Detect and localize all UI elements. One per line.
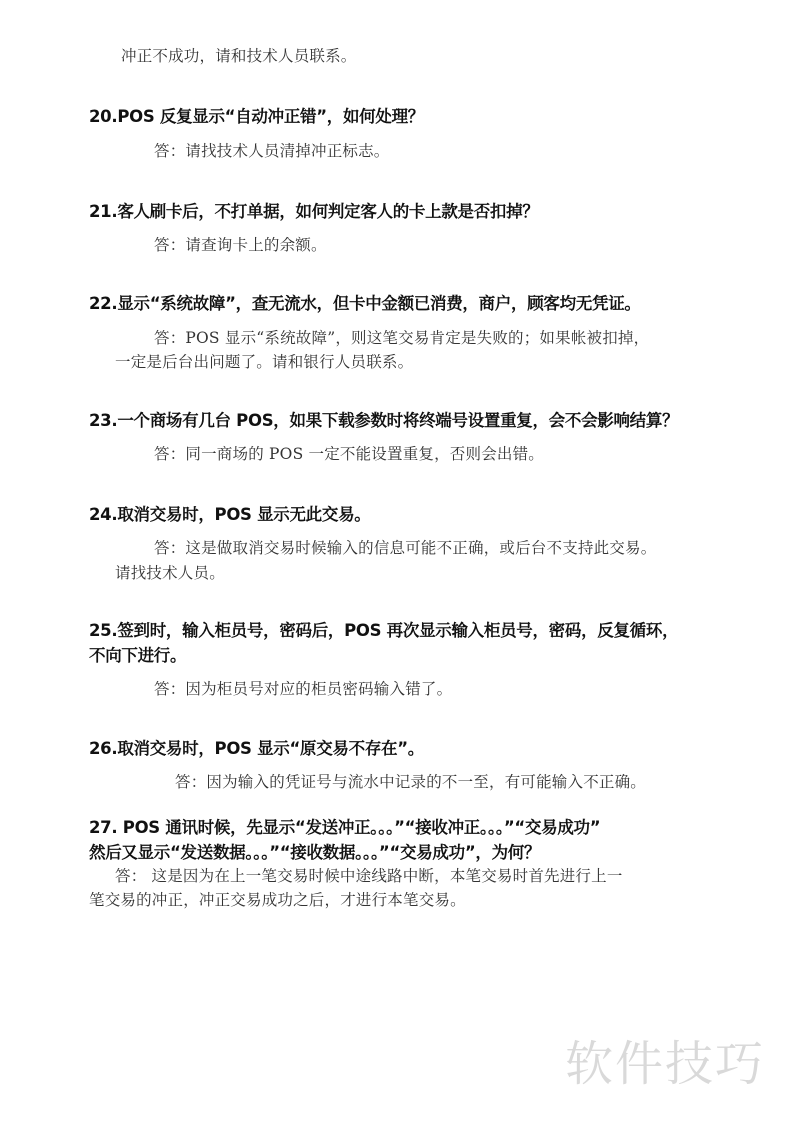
answer-24-line-2: 请找技术人员。 xyxy=(115,566,225,582)
question-22: 22.显示“系统故障”，查无流水，但卡中金额已消费，商户，顾客均无凭证。 xyxy=(89,296,641,313)
question-23: 23.一个商场有几台 POS，如果下载参数时将终端号设置重复，会不会影响结算？ xyxy=(89,413,678,430)
question-27-line-2: 然后又显示“发送数据。。。”“接收数据。。。”“交易成功”，为何？ xyxy=(89,845,540,862)
continuation-text: 冲正不成功，请和技术人员联系。 xyxy=(121,49,357,65)
question-27-line-1: 27. POS 通讯时候，先显示“发送冲正。。。”“接收冲正。。。”“交易成功” xyxy=(89,820,600,837)
answer-27-line-2: 笔交易的冲正，冲正交易成功之后，才进行本笔交易。 xyxy=(89,893,466,909)
answer-27-line-1: 答： 这是因为在上一笔交易时候中途线路中断，本笔交易时首先进行上一 xyxy=(115,869,623,885)
document-page: 冲正不成功，请和技术人员联系。 20.POS 反复显示“自动冲正错”，如何处理？… xyxy=(0,0,800,1132)
question-24: 24.取消交易时，POS 显示无此交易。 xyxy=(89,507,370,524)
question-25-line-2: 不向下进行。 xyxy=(89,648,186,665)
watermark-text: 软件技巧 xyxy=(565,1040,765,1088)
question-21: 21.客人刷卡后，不打单据，如何判定客人的卡上款是否扣掉？ xyxy=(89,204,539,221)
answer-22-line-2: 一定是后台出问题了。请和银行人员联系。 xyxy=(115,355,413,371)
answer-20: 答：请找技术人员清掉冲正标志。 xyxy=(154,144,390,160)
answer-24-line-1: 答：这是做取消交易时候输入的信息可能不正确，或后台不支持此交易。 xyxy=(154,541,656,557)
answer-23: 答：同一商场的 POS 一定不能设置重复，否则会出错。 xyxy=(154,447,544,463)
question-20: 20.POS 反复显示“自动冲正错”，如何处理？ xyxy=(89,109,424,126)
question-25-line-1: 25.签到时，输入柜员号，密码后，POS 再次显示输入柜员号，密码，反复循环， xyxy=(89,623,678,640)
answer-22-line-1: 答：POS 显示“系统故障”，则这笔交易肯定是失败的；如果帐被扣掉， xyxy=(154,331,649,347)
answer-21: 答：请查询卡上的余额。 xyxy=(154,238,327,254)
answer-25: 答：因为柜员号对应的柜员密码输入错了。 xyxy=(154,682,452,698)
answer-26: 答：因为输入的凭证号与流水中记录的不一至，有可能输入不正确。 xyxy=(175,775,646,791)
question-26: 26.取消交易时，POS 显示“原交易不存在”。 xyxy=(89,741,424,758)
